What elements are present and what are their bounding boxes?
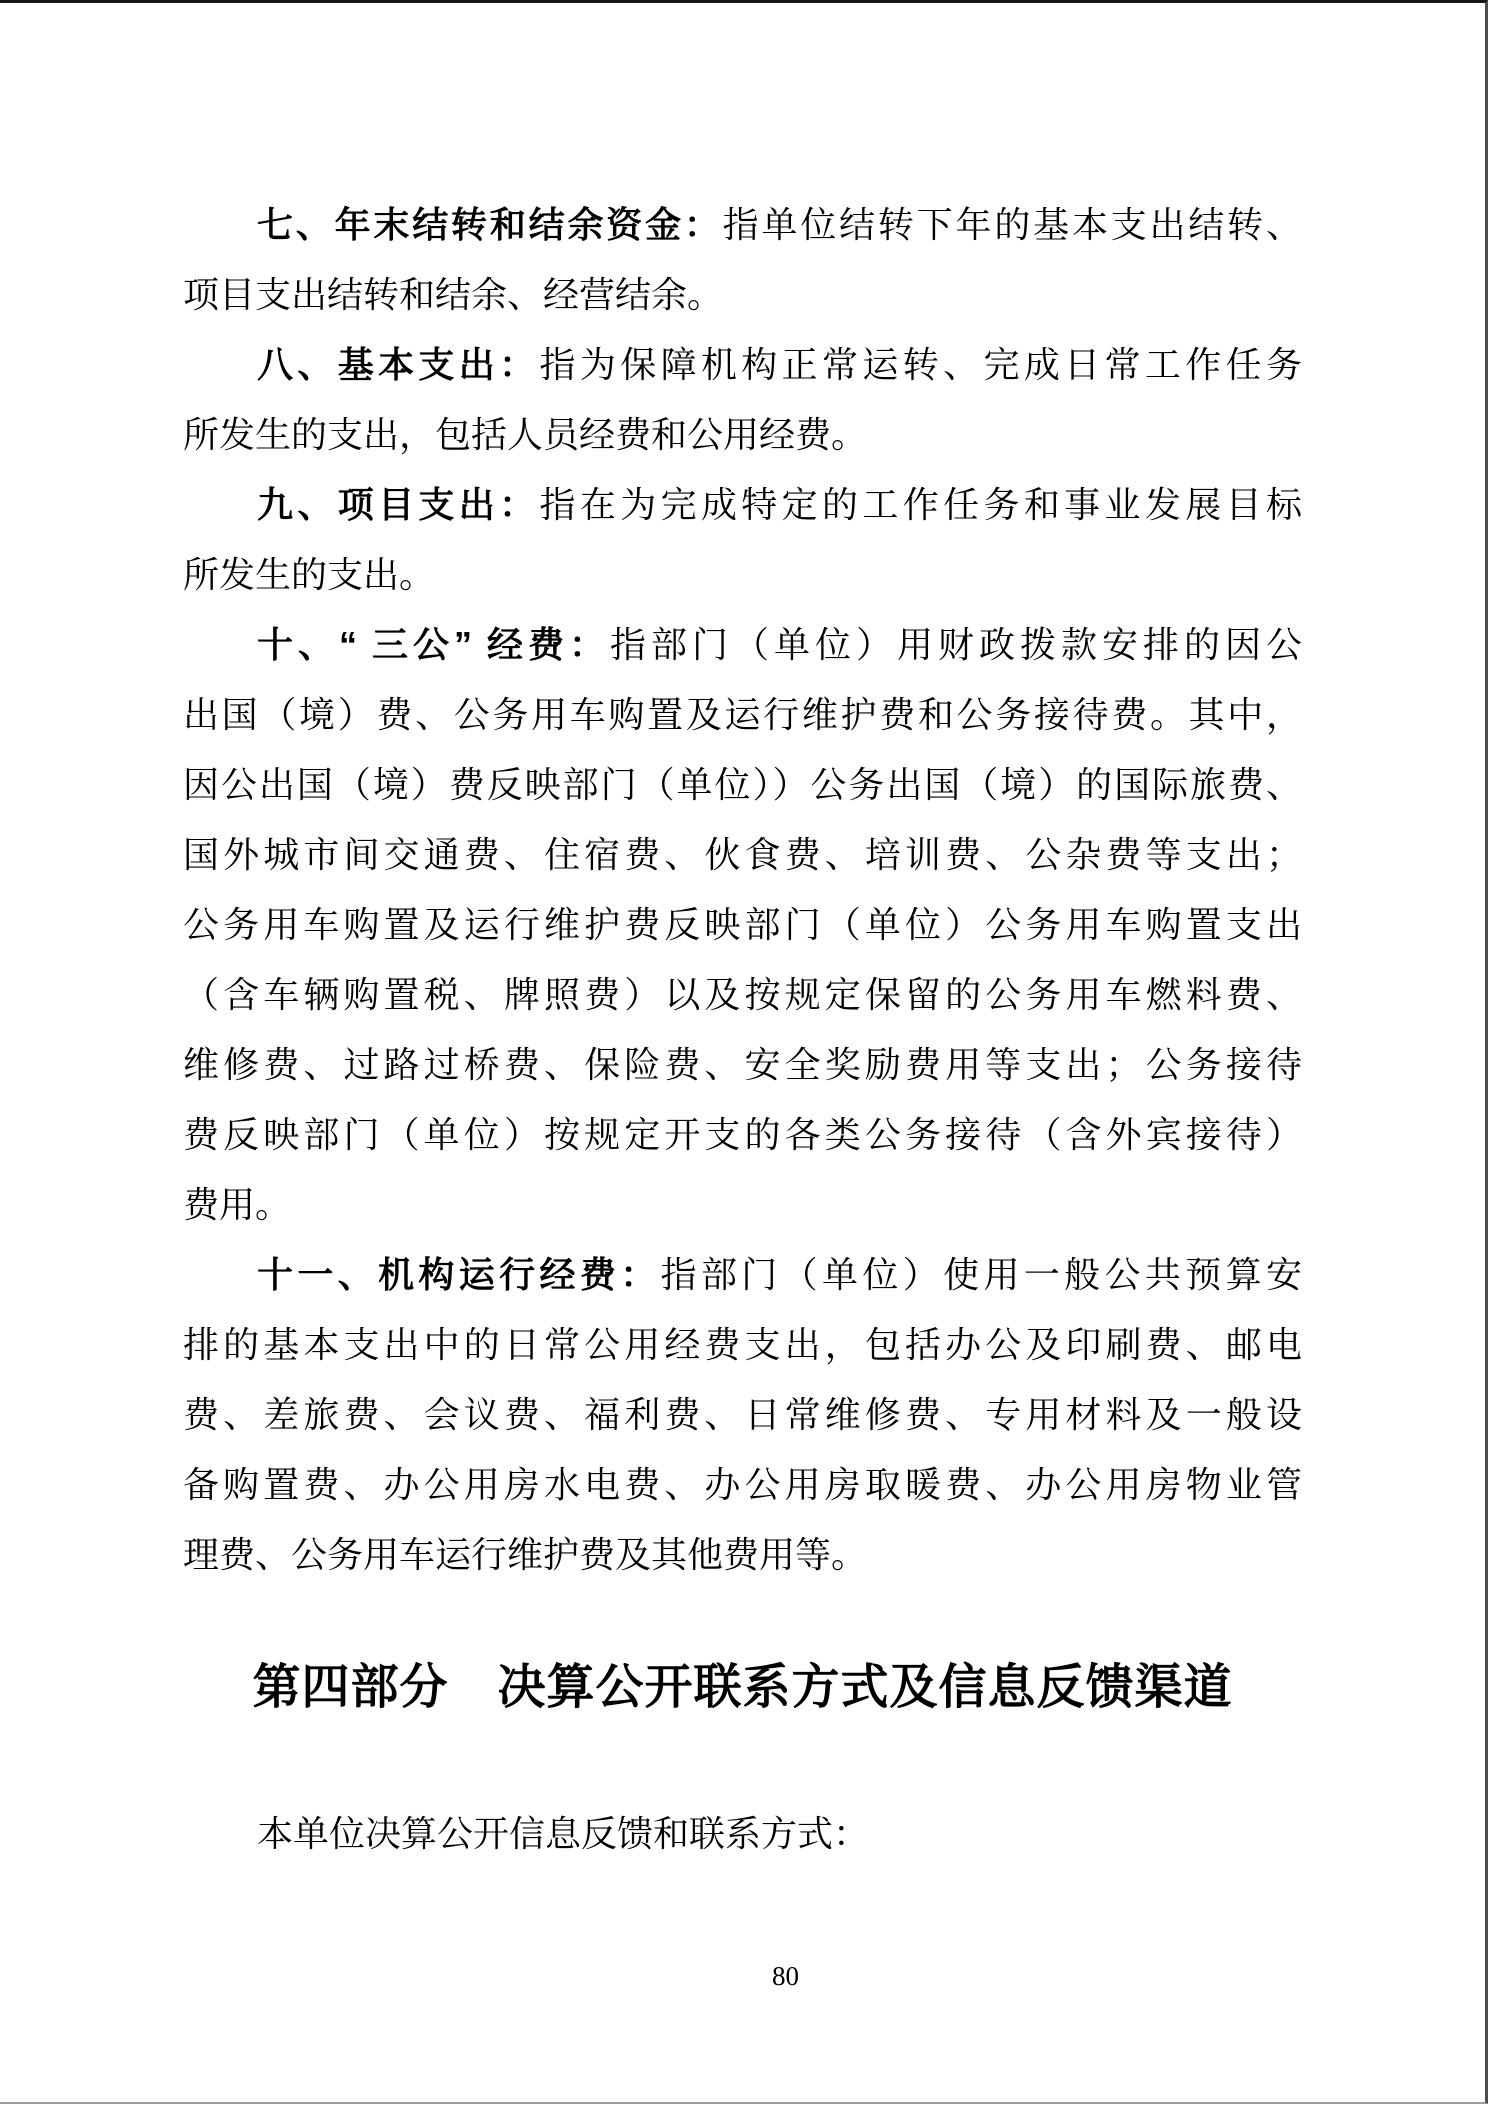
text-run: 指在为完成特定的工作任务和事业发展目标 bbox=[540, 485, 1302, 525]
text-line: 九、项目支出：指在为完成特定的工作任务和事业发展目标 bbox=[183, 470, 1302, 540]
page-content: 七、年末结转和结余资金：指单位结转下年的基本支出结转、项目支出结转和结余、经营结… bbox=[183, 190, 1302, 1991]
text-line: 费用。 bbox=[183, 1170, 1302, 1240]
document-page: 七、年末结转和结余资金：指单位结转下年的基本支出结转、项目支出结转和结余、经营结… bbox=[0, 0, 1488, 2104]
text-run: 指部门（单位）使用一般公共预算安 bbox=[661, 1255, 1302, 1295]
section-heading: 第四部分 决算公开联系方式及信息反馈渠道 bbox=[183, 1653, 1302, 1723]
text-run: 公务用车购置及运行维护费反映部门（单位）公务用车购置支出 bbox=[183, 905, 1302, 945]
page-number: 80 bbox=[772, 1961, 799, 1991]
text-run: 国外城市间交通费、住宿费、伙食费、培训费、公杂费等支出； bbox=[183, 835, 1302, 875]
text-line: 维修费、过路过桥费、保险费、安全奖励费用等支出；公务接待 bbox=[183, 1030, 1302, 1100]
page-footer: 80 bbox=[226, 1961, 1345, 1991]
text-line: （含车辆购置税、牌照费）以及按规定保留的公务用车燃料费、 bbox=[183, 960, 1302, 1030]
text-line: 所发生的支出，包括人员经费和公用经费。 bbox=[183, 400, 1302, 470]
text-line: 备购置费、办公用房水电费、办公用房取暖费、办公用房物业管 bbox=[183, 1450, 1302, 1520]
bold-term: 七、年末结转和结余资金： bbox=[257, 204, 723, 245]
bold-term: 十、“ 三公” 经费： bbox=[257, 624, 610, 665]
text-line: 所发生的支出。 bbox=[183, 540, 1302, 610]
bold-term: 八、基本支出： bbox=[257, 344, 540, 385]
text-run: （含车辆购置税、牌照费）以及按规定保留的公务用车燃料费、 bbox=[183, 975, 1302, 1015]
text-line: 出国（境）费、公务用车购置及运行维护费和公务接待费。其中， bbox=[183, 680, 1302, 750]
text-run: 指部门（单位）用财政拨款安排的因公 bbox=[610, 625, 1302, 665]
text-line: 排的基本支出中的日常公用经费支出，包括办公及印刷费、邮电 bbox=[183, 1310, 1302, 1380]
text-line: 理费、公务用车运行维护费及其他费用等。 bbox=[183, 1520, 1302, 1590]
text-line: 十一、机构运行经费：指部门（单位）使用一般公共预算安 bbox=[183, 1240, 1302, 1310]
text-line: 项目支出结转和结余、经营结余。 bbox=[183, 260, 1302, 330]
text-run: 因公出国（境）费反映部门（单位））公务出国（境）的国际旅费、 bbox=[183, 765, 1302, 805]
text-run: 维修费、过路过桥费、保险费、安全奖励费用等支出；公务接待 bbox=[183, 1045, 1302, 1085]
text-line: 十、“ 三公” 经费：指部门（单位）用财政拨款安排的因公 bbox=[183, 610, 1302, 680]
text-run: 备购置费、办公用房水电费、办公用房取暖费、办公用房物业管 bbox=[183, 1465, 1302, 1505]
text-run: 指为保障机构正常运转、完成日常工作任务 bbox=[540, 345, 1302, 385]
body-text: 七、年末结转和结余资金：指单位结转下年的基本支出结转、项目支出结转和结余、经营结… bbox=[183, 190, 1302, 1590]
text-run: 排的基本支出中的日常公用经费支出，包括办公及印刷费、邮电 bbox=[183, 1325, 1302, 1365]
text-run: 所发生的支出，包括人员经费和公用经费。 bbox=[183, 415, 867, 455]
text-run: 出国（境）费、公务用车购置及运行维护费和公务接待费。其中， bbox=[183, 695, 1302, 735]
text-run: 指单位结转下年的基本支出结转、 bbox=[723, 205, 1302, 245]
text-line: 八、基本支出：指为保障机构正常运转、完成日常工作任务 bbox=[183, 330, 1302, 400]
bold-term: 十一、机构运行经费： bbox=[257, 1254, 661, 1295]
text-line: 七、年末结转和结余资金：指单位结转下年的基本支出结转、 bbox=[183, 190, 1302, 260]
text-line: 国外城市间交通费、住宿费、伙食费、培训费、公杂费等支出； bbox=[183, 820, 1302, 890]
text-run: 所发生的支出。 bbox=[183, 555, 435, 595]
closing-contact-line: 本单位决算公开信息反馈和联系方式： bbox=[183, 1799, 1302, 1869]
text-line: 因公出国（境）费反映部门（单位））公务出国（境）的国际旅费、 bbox=[183, 750, 1302, 820]
text-run: 费用。 bbox=[183, 1185, 291, 1225]
text-run: 费、差旅费、会议费、福利费、日常维修费、专用材料及一般设 bbox=[183, 1395, 1302, 1435]
bold-term: 九、项目支出： bbox=[257, 484, 540, 525]
text-line: 费反映部门（单位）按规定开支的各类公务接待（含外宾接待） bbox=[183, 1100, 1302, 1170]
text-line: 费、差旅费、会议费、福利费、日常维修费、专用材料及一般设 bbox=[183, 1380, 1302, 1450]
text-run: 费反映部门（单位）按规定开支的各类公务接待（含外宾接待） bbox=[183, 1115, 1302, 1155]
text-run: 理费、公务用车运行维护费及其他费用等。 bbox=[183, 1535, 867, 1575]
text-run: 项目支出结转和结余、经营结余。 bbox=[183, 275, 723, 315]
text-line: 公务用车购置及运行维护费反映部门（单位）公务用车购置支出 bbox=[183, 890, 1302, 960]
